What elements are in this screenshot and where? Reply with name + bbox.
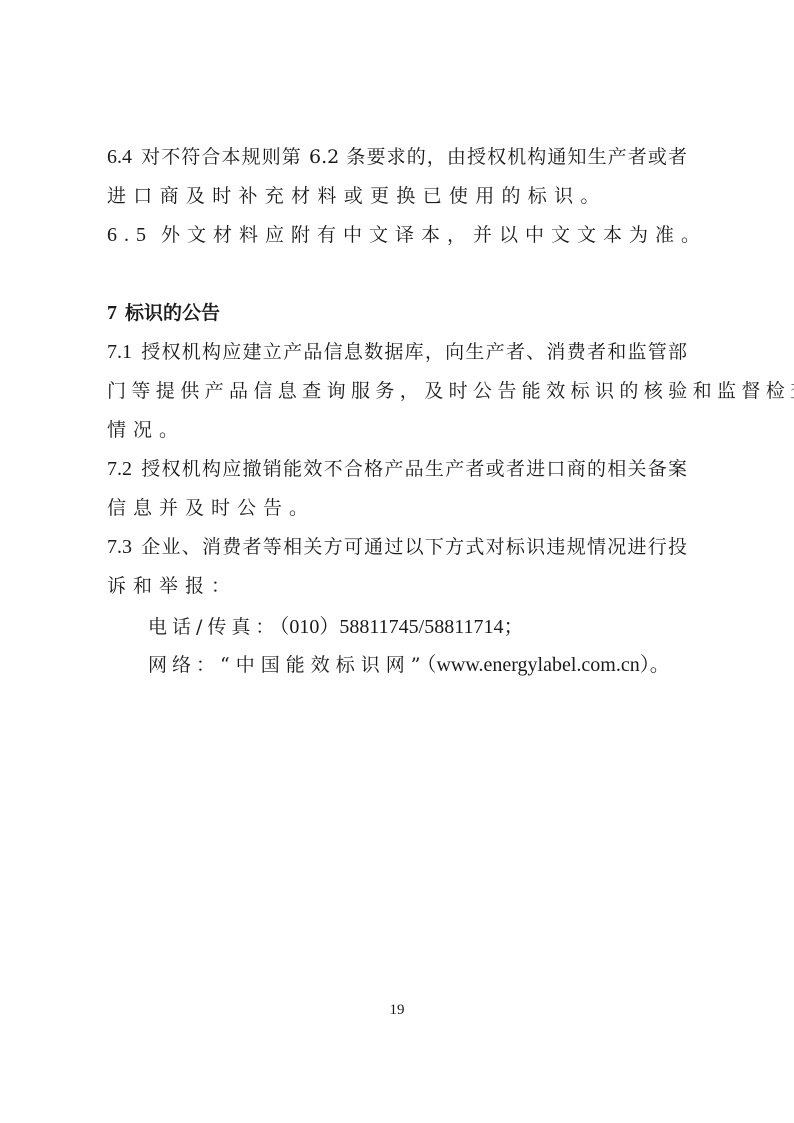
section-title: 标识的公告	[125, 302, 220, 324]
clause-number: 6.5	[107, 224, 153, 246]
section-heading: 7标识的公告	[107, 300, 220, 326]
clause-7-3-line-2: 诉和举报：	[107, 573, 237, 599]
clause-text: 授权机构应建立产品信息数据库，向生产者、消费者和监管部	[140, 341, 687, 363]
clause-7-3-line-1: 7.3企业、消费者等相关方可通过以下方式对标识违规情况进行投	[107, 534, 687, 560]
clause-number: 6.4	[107, 146, 132, 168]
clause-6-5: 6.5外文材料应附有中文译本，并以中文文本为准。	[107, 222, 707, 248]
clause-6-4-line-2: 进口商及时补充材料或更换已使用的标识。	[107, 183, 607, 209]
phone-label: 电话/传真：	[148, 616, 279, 638]
clause-text: 外文材料应附有中文译本，并以中文文本为准。	[161, 224, 707, 246]
clause-6-4-line-1: 6.4对不符合本规则第 6.2 条要求的，由授权机构通知生产者或者	[107, 144, 687, 170]
clause-text: 对不符合本规则第 6.2 条要求的，由授权机构通知生产者或者	[140, 146, 687, 168]
clause-text: 授权机构应撤销能效不合格产品生产者或者进口商的相关备案	[140, 458, 687, 480]
clause-number: 7.3	[107, 536, 132, 558]
web-url[interactable]: （www.energylabel.com.cn）。	[426, 654, 669, 676]
page-number: 19	[0, 1002, 794, 1019]
clause-text: 企业、消费者等相关方可通过以下方式对标识违规情况进行投	[140, 536, 687, 558]
web-label: 网络：	[148, 654, 220, 676]
contact-phone: 电话/传真：（010）58811745/58811714；	[148, 614, 523, 640]
clause-7-1-line-2: 门等提供产品信息查询服务，及时公告能效标识的核验和监督检查	[107, 378, 687, 404]
phone-value: （010）58811745/58811714；	[279, 616, 523, 638]
web-site-name: “中国能效标识网”	[220, 654, 426, 676]
clause-number: 7.1	[107, 341, 132, 363]
clause-7-1-line-1: 7.1授权机构应建立产品信息数据库，向生产者、消费者和监管部	[107, 339, 687, 365]
section-number: 7	[107, 302, 117, 324]
contact-web: 网络：“中国能效标识网”（www.energylabel.com.cn）。	[148, 652, 670, 678]
clause-7-2-line-2: 信息并及时公告。	[107, 495, 315, 521]
clause-number: 7.2	[107, 458, 132, 480]
clause-7-2-line-1: 7.2授权机构应撤销能效不合格产品生产者或者进口商的相关备案	[107, 456, 687, 482]
clause-7-1-line-3: 情况。	[107, 417, 185, 443]
